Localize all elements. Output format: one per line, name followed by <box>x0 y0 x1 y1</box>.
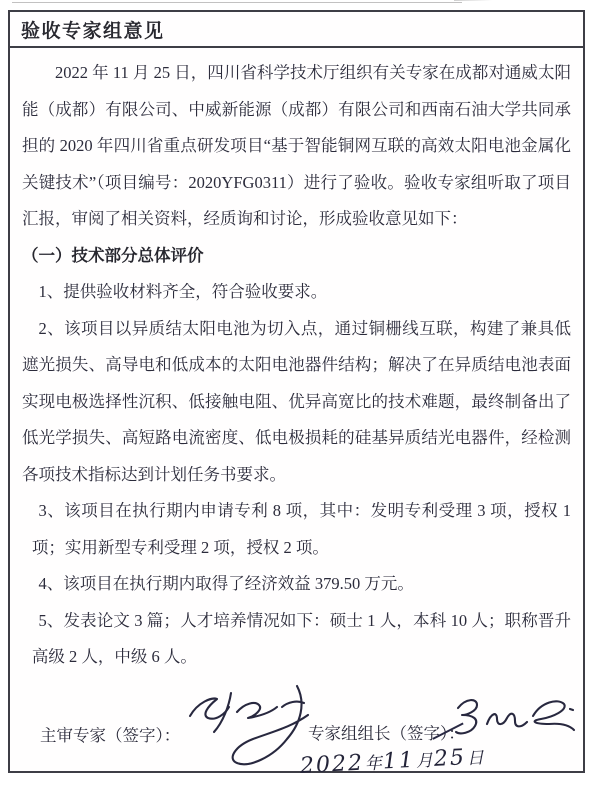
opinion-item-4: 4、该项目在执行期内取得了经济效益 379.50 万元。 <box>22 566 571 603</box>
date-day: 25 <box>433 745 466 772</box>
opinion-item-2: 2、该项目以异质结太阳电池为切入点，通过铜栅线互联，构建了兼具低遮光损失、高导电… <box>22 311 571 494</box>
form-title-row: 验收专家组意见 <box>10 12 583 48</box>
opinion-form-frame: 验收专家组意见 2022 年 11 月 25 日，四川省科学技术厅组织有关专家在… <box>8 10 585 773</box>
date-year-unit: 年 <box>365 753 383 773</box>
form-title: 验收专家组意见 <box>21 16 165 43</box>
opinion-item-3: 3、该项目在执行期内申请专利 8 项，其中：发明专利受理 3 项，授权 1 项；… <box>22 493 571 566</box>
date-year: 2022 <box>299 750 364 778</box>
scan-artifact-line <box>12 2 462 3</box>
opinion-item-1: 1、提供验收材料齐全，符合验收要求。 <box>22 274 571 311</box>
opinion-item-5: 5、发表论文 3 篇；人才培养情况如下：硕士 1 人，本科 10 人；职称晋升高… <box>22 603 571 676</box>
section-heading: （一）技术部分总体评价 <box>22 238 571 275</box>
leader-handwritten-signature <box>448 692 580 742</box>
date-month-unit: 月 <box>415 750 433 770</box>
form-body: 2022 年 11 月 25 日，四川省科学技术厅组织有关专家在成都对通威太阳能… <box>10 48 583 788</box>
date-month: 11 <box>382 747 415 774</box>
intro-paragraph: 2022 年 11 月 25 日，四川省科学技术厅组织有关专家在成都对通威太阳能… <box>22 55 571 238</box>
reviewer-signature-label: 主审专家（签字）： <box>40 718 180 755</box>
date-day-unit: 日 <box>466 748 484 768</box>
signature-section: 主审专家（签字）： 专家组组长（签字）： 2022年11月25日 <box>22 692 571 788</box>
